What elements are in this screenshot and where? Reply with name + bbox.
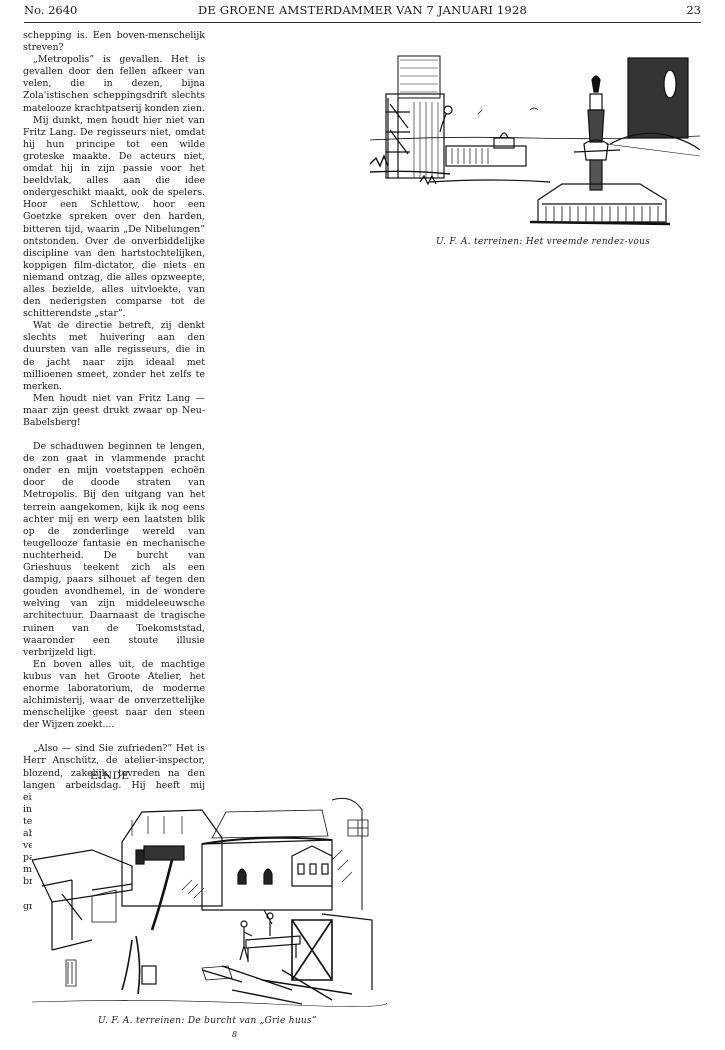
illustration-burcht-grieshuus [32,790,387,1010]
page-header: No. 2640 DE GROENE AMSTERDAMMER VAN 7 JA… [24,0,701,23]
paragraph: Mij dunkt, men houdt hier niet van Fritz… [23,115,205,321]
section-gap [23,731,205,743]
section-gap [23,429,205,441]
figure-caption: U. F. A. terreinen: Het vreemde rendez-v… [436,237,650,247]
illustration-rendez-vous [370,32,700,228]
figure-caption: U. F. A. terreinen: De burcht van „Grie … [98,1016,317,1026]
end-mark: EINDE [90,770,130,782]
paragraph: schepping is. Een boven-menschelijk stre… [23,30,205,54]
publication-title: DE GROENE AMSTERDAMMER VAN 7 JANUARI 192… [24,3,701,17]
paragraph: En boven alles uit, de machtige kubus va… [23,659,205,732]
castle-illustration-icon [32,790,387,1010]
fountain-illustration-icon [370,32,700,228]
signature-mark: 8 [232,1030,237,1039]
paragraph: De schaduwen beginnen te lengen, de zon … [23,441,205,659]
paragraph: Wat de directie betreft, zij denkt slech… [23,320,205,393]
page-number: 23 [686,3,701,17]
paragraph: Men houdt niet van Fritz Lang — maar zij… [23,393,205,429]
paragraph: „Metropolis” is gevallen. Het is gevalle… [23,54,205,114]
